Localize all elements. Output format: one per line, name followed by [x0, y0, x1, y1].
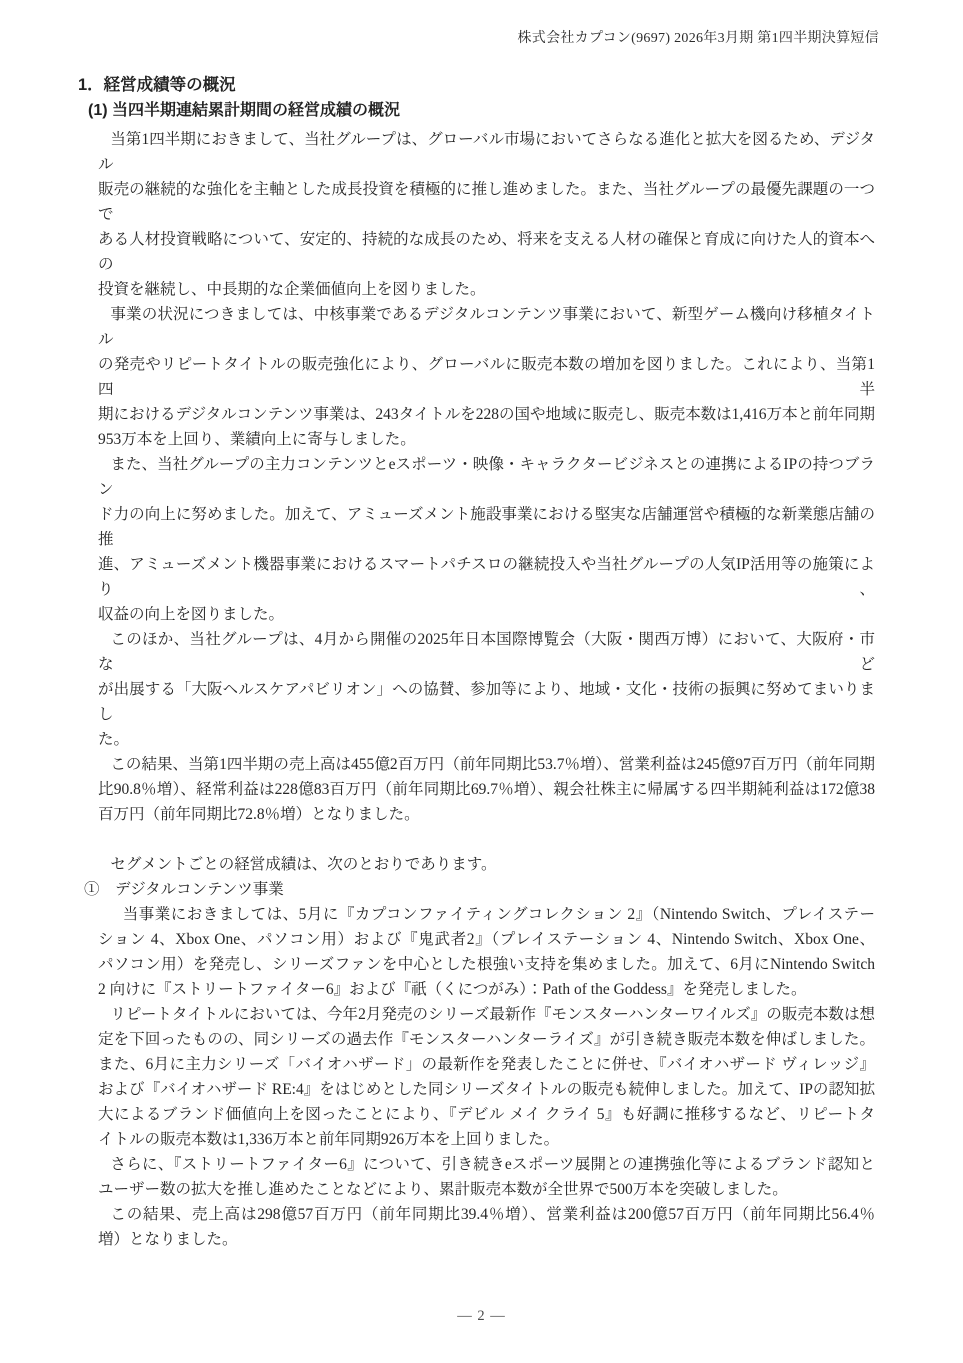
- text-line: 期におけるデジタルコンテンツ事業は、243タイトルを228の国や地域に販売し、販…: [98, 402, 875, 427]
- text-line: 増）となりました。: [98, 1227, 875, 1252]
- text-line: および『バイオハザード RE:4』をはじめとした同シリーズタイトルの販売も続伸し…: [98, 1077, 875, 1102]
- text-line: 当事業におきましては、5月に『カプコンファイティングコレクション 2』（Nint…: [98, 902, 875, 927]
- text-line: 当第1四半期におきまして、当社グループは、グローバル市場においてさらなる進化と拡…: [98, 127, 875, 177]
- text-line: この結果、売上高は298億57百万円（前年同期比39.4％増）、営業利益は200…: [98, 1202, 875, 1227]
- paragraph: 当第1四半期におきまして、当社グループは、グローバル市場においてさらなる進化と拡…: [98, 127, 875, 302]
- paragraph: また、当社グループの主力コンテンツとeスポーツ・映像・キャラクタービジネスとの連…: [98, 452, 875, 627]
- text-line: この結果、当第1四半期の売上高は455億2百万円（前年同期比53.7％増）、営業…: [98, 752, 875, 777]
- text-line: さらに、『ストリートファイター6』について、引き続きeスポーツ展開との連携強化等…: [98, 1152, 875, 1177]
- paragraph: この結果、売上高は298億57百万円（前年同期比39.4％増）、営業利益は200…: [98, 1202, 875, 1252]
- text-line: ド力の向上に努めました。加えて、アミューズメント施設事業における堅実な店舗運営や…: [98, 502, 875, 552]
- text-line: 投資を継続し、中長期的な企業価値向上を図りました。: [98, 277, 875, 302]
- text-line: 収益の向上を図りました。: [98, 602, 875, 627]
- text-line: ① デジタルコンテンツ事業: [84, 877, 875, 902]
- text-line: パソコン用）を発売し、シリーズファンを中心とした根強い支持を集めました。加えて、…: [98, 952, 875, 977]
- subsection-heading: (1) 当四半期連結累計期間の経営成績の概況: [88, 98, 875, 123]
- text-line: セグメントごとの経営成績は、次のとおりであります。: [98, 852, 875, 877]
- section-heading: 1．経営成績等の概況: [78, 72, 875, 98]
- text-line: ユーザー数の拡大を推し進めたことなどにより、累計販売本数が全世界で500万本を突…: [98, 1177, 875, 1202]
- paragraph: さらに、『ストリートファイター6』について、引き続きeスポーツ展開との連携強化等…: [98, 1152, 875, 1202]
- text-line: 953万本を上回り、業績向上に寄与しました。: [98, 427, 875, 452]
- text-line: た。: [98, 727, 875, 752]
- text-line: このほか、当社グループは、4月から開催の2025年日本国際博覧会（大阪・関西万博…: [98, 627, 875, 677]
- blank-line: [78, 827, 875, 852]
- numbered-item: ① デジタルコンテンツ事業: [84, 877, 875, 902]
- text-line: また、当社グループの主力コンテンツとeスポーツ・映像・キャラクタービジネスとの連…: [98, 452, 875, 502]
- page-header: 株式会社カプコン(9697) 2026年3月期 第1四半期決算短信: [517, 27, 879, 47]
- text-line: また、6月に主力シリーズ「バイオハザード」の最新作を発表したことに併せ、『バイオ…: [98, 1052, 875, 1077]
- text-line: 比90.8％増）、経常利益は228億83百万円（前年同期比69.7％増）、親会社…: [98, 777, 875, 802]
- document-body: 1．経営成績等の概況(1) 当四半期連結累計期間の経営成績の概況当第1四半期にお…: [78, 72, 875, 1252]
- text-line: が出展する「大阪ヘルスケアパビリオン」への協賛、参加等により、地域・文化・技術の…: [98, 677, 875, 727]
- paragraph: この結果、当第1四半期の売上高は455億2百万円（前年同期比53.7％増）、営業…: [98, 752, 875, 827]
- text-line: 進、アミューズメント機器事業におけるスマートパチスロの継続投入や当社グループの人…: [98, 552, 875, 602]
- page-number: ― 2 ―: [0, 1308, 963, 1325]
- document-page: 株式会社カプコン(9697) 2026年3月期 第1四半期決算短信 1．経営成績…: [0, 0, 963, 1363]
- text-line: 定を下回ったものの、同シリーズの過去作『モンスターハンターライズ』が引き続き販売…: [98, 1027, 875, 1052]
- text-line: リピートタイトルにおいては、今年2月発売のシリーズ最新作『モンスターハンターワイ…: [98, 1002, 875, 1027]
- text-line: の発売やリピートタイトルの販売強化により、グローバルに販売本数の増加を図りました…: [98, 352, 875, 402]
- text-line: 大によるブランド価値向上を図ったことにより、『デビル メイ クライ 5』も好調に…: [98, 1102, 875, 1127]
- text-line: 販売の継続的な強化を主軸とした成長投資を積極的に推し進めました。また、当社グルー…: [98, 177, 875, 227]
- paragraph: 当事業におきましては、5月に『カプコンファイティングコレクション 2』（Nint…: [98, 902, 875, 1002]
- text-line: ション 4、Xbox One、パソコン用）および『鬼武者2』（プレイステーション…: [98, 927, 875, 952]
- paragraph: セグメントごとの経営成績は、次のとおりであります。: [98, 852, 875, 877]
- paragraph: 事業の状況につきましては、中核事業であるデジタルコンテンツ事業において、新型ゲー…: [98, 302, 875, 452]
- paragraph: このほか、当社グループは、4月から開催の2025年日本国際博覧会（大阪・関西万博…: [98, 627, 875, 752]
- text-line: 事業の状況につきましては、中核事業であるデジタルコンテンツ事業において、新型ゲー…: [98, 302, 875, 352]
- text-line: 百万円（前年同期比72.8％増）となりました。: [98, 802, 875, 827]
- text-line: イトルの販売本数は1,336万本と前年同期926万本を上回りました。: [98, 1127, 875, 1152]
- text-line: ある人材投資戦略について、安定的、持続的な成長のため、将来を支える人材の確保と育…: [98, 227, 875, 277]
- paragraph: リピートタイトルにおいては、今年2月発売のシリーズ最新作『モンスターハンターワイ…: [98, 1002, 875, 1152]
- text-line: 2 向けに『ストリートファイター6』および『祇（くにつがみ）：Path of t…: [98, 977, 875, 1002]
